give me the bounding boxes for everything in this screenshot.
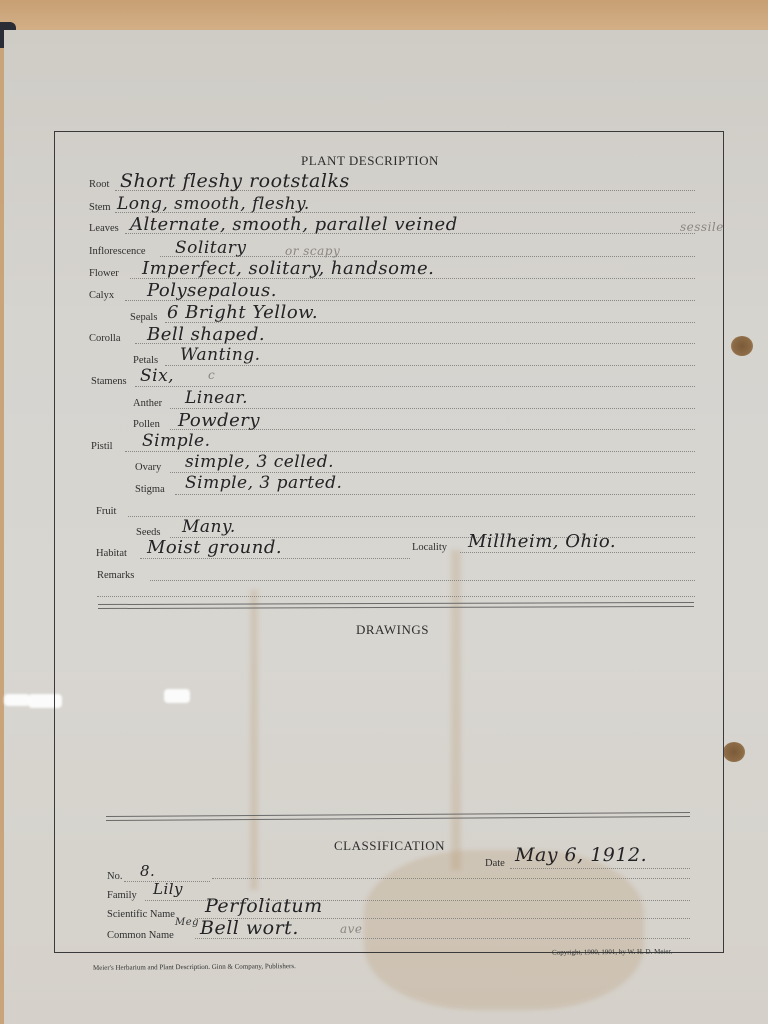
section-title-plant-description: PLANT DESCRIPTION bbox=[301, 153, 439, 169]
field-label: Common Name bbox=[107, 930, 174, 941]
dotted-line bbox=[460, 552, 695, 553]
field-label: Inflorescence bbox=[89, 246, 146, 257]
handwritten-note: c bbox=[208, 368, 215, 382]
field-label: Corolla bbox=[89, 333, 121, 344]
field-label: Remarks bbox=[97, 570, 134, 581]
field-label: Locality bbox=[412, 542, 447, 553]
handwritten-value: Simple. bbox=[142, 431, 211, 451]
handwritten-value: Many. bbox=[182, 517, 236, 537]
dotted-line bbox=[97, 596, 695, 597]
field-label: Flower bbox=[89, 268, 119, 279]
field-label: Stigma bbox=[135, 484, 165, 495]
handwritten-value: May 6, 1912. bbox=[515, 844, 647, 866]
handwritten-value: Six, bbox=[140, 366, 174, 386]
field-label: Stem bbox=[89, 202, 111, 213]
field-label: Sepals bbox=[130, 312, 157, 323]
field-label: Leaves bbox=[89, 223, 119, 234]
dotted-line bbox=[150, 580, 695, 581]
drawings-area bbox=[98, 640, 694, 810]
field-label: Petals bbox=[133, 355, 158, 366]
section-title-drawings: DRAWINGS bbox=[356, 622, 429, 638]
punch-hole bbox=[731, 336, 753, 356]
handwritten-value: Perfoliatum bbox=[205, 895, 323, 917]
dotted-line bbox=[135, 386, 695, 387]
field-label: Stamens bbox=[91, 376, 127, 387]
dotted-line bbox=[140, 558, 410, 559]
handwritten-value: Short fleshy rootstalks bbox=[120, 170, 350, 192]
handwritten-value: Bell shaped. bbox=[147, 324, 265, 345]
handwritten-value: Polysepalous. bbox=[147, 280, 277, 301]
field-label: Habitat bbox=[96, 548, 127, 559]
handwritten-value: Wanting. bbox=[180, 345, 261, 365]
handwritten-value: Lily bbox=[153, 880, 183, 898]
handwritten-value: Millheim, Ohio. bbox=[468, 531, 616, 552]
field-label: Calyx bbox=[89, 290, 114, 301]
handwritten-value: Powdery bbox=[178, 410, 260, 431]
handwritten-value: Linear. bbox=[185, 388, 248, 408]
field-label: Fruit bbox=[96, 506, 116, 517]
dotted-line bbox=[175, 494, 695, 495]
handwritten-value: simple, 3 celled. bbox=[185, 452, 334, 472]
handwritten-value: Bell wort. bbox=[200, 917, 299, 939]
dotted-line bbox=[170, 408, 695, 409]
field-label: Date bbox=[485, 858, 505, 869]
copyright-notice: Copyright, 1900, 1901, by W. H. D. Meier… bbox=[552, 947, 672, 956]
field-label: Pistil bbox=[91, 441, 113, 452]
handwritten-value: 8. bbox=[140, 862, 155, 880]
frame-edge bbox=[0, 0, 768, 32]
handwritten-value: Solitary bbox=[175, 238, 246, 258]
field-label: No. bbox=[107, 871, 122, 882]
punch-hole bbox=[723, 742, 745, 762]
field-label: Family bbox=[107, 890, 137, 901]
handwritten-note: ave bbox=[340, 922, 363, 936]
handwritten-value: Long, smooth, fleshy. bbox=[117, 194, 310, 214]
dotted-line bbox=[510, 868, 690, 869]
handwritten-value: Imperfect, solitary, handsome. bbox=[142, 258, 434, 279]
handwritten-note: sessile bbox=[680, 220, 724, 234]
dotted-line bbox=[212, 878, 690, 879]
handwritten-note: Meg bbox=[175, 917, 199, 928]
handwritten-value: Simple, 3 parted. bbox=[185, 473, 342, 493]
glass-glare bbox=[4, 694, 30, 706]
handwritten-note: or scapy bbox=[285, 244, 340, 258]
handwritten-value: Moist ground. bbox=[147, 537, 282, 558]
field-label: Root bbox=[89, 179, 109, 190]
dotted-line bbox=[165, 365, 695, 366]
section-title-classification: CLASSIFICATION bbox=[334, 838, 445, 854]
field-label: Pollen bbox=[133, 419, 160, 430]
field-label: Anther bbox=[133, 398, 162, 409]
handwritten-value: Alternate, smooth, parallel veined bbox=[130, 214, 458, 235]
field-label: Ovary bbox=[135, 462, 161, 473]
handwritten-value: 6 Bright Yellow. bbox=[167, 302, 318, 323]
field-label: Scientific Name bbox=[107, 909, 175, 920]
